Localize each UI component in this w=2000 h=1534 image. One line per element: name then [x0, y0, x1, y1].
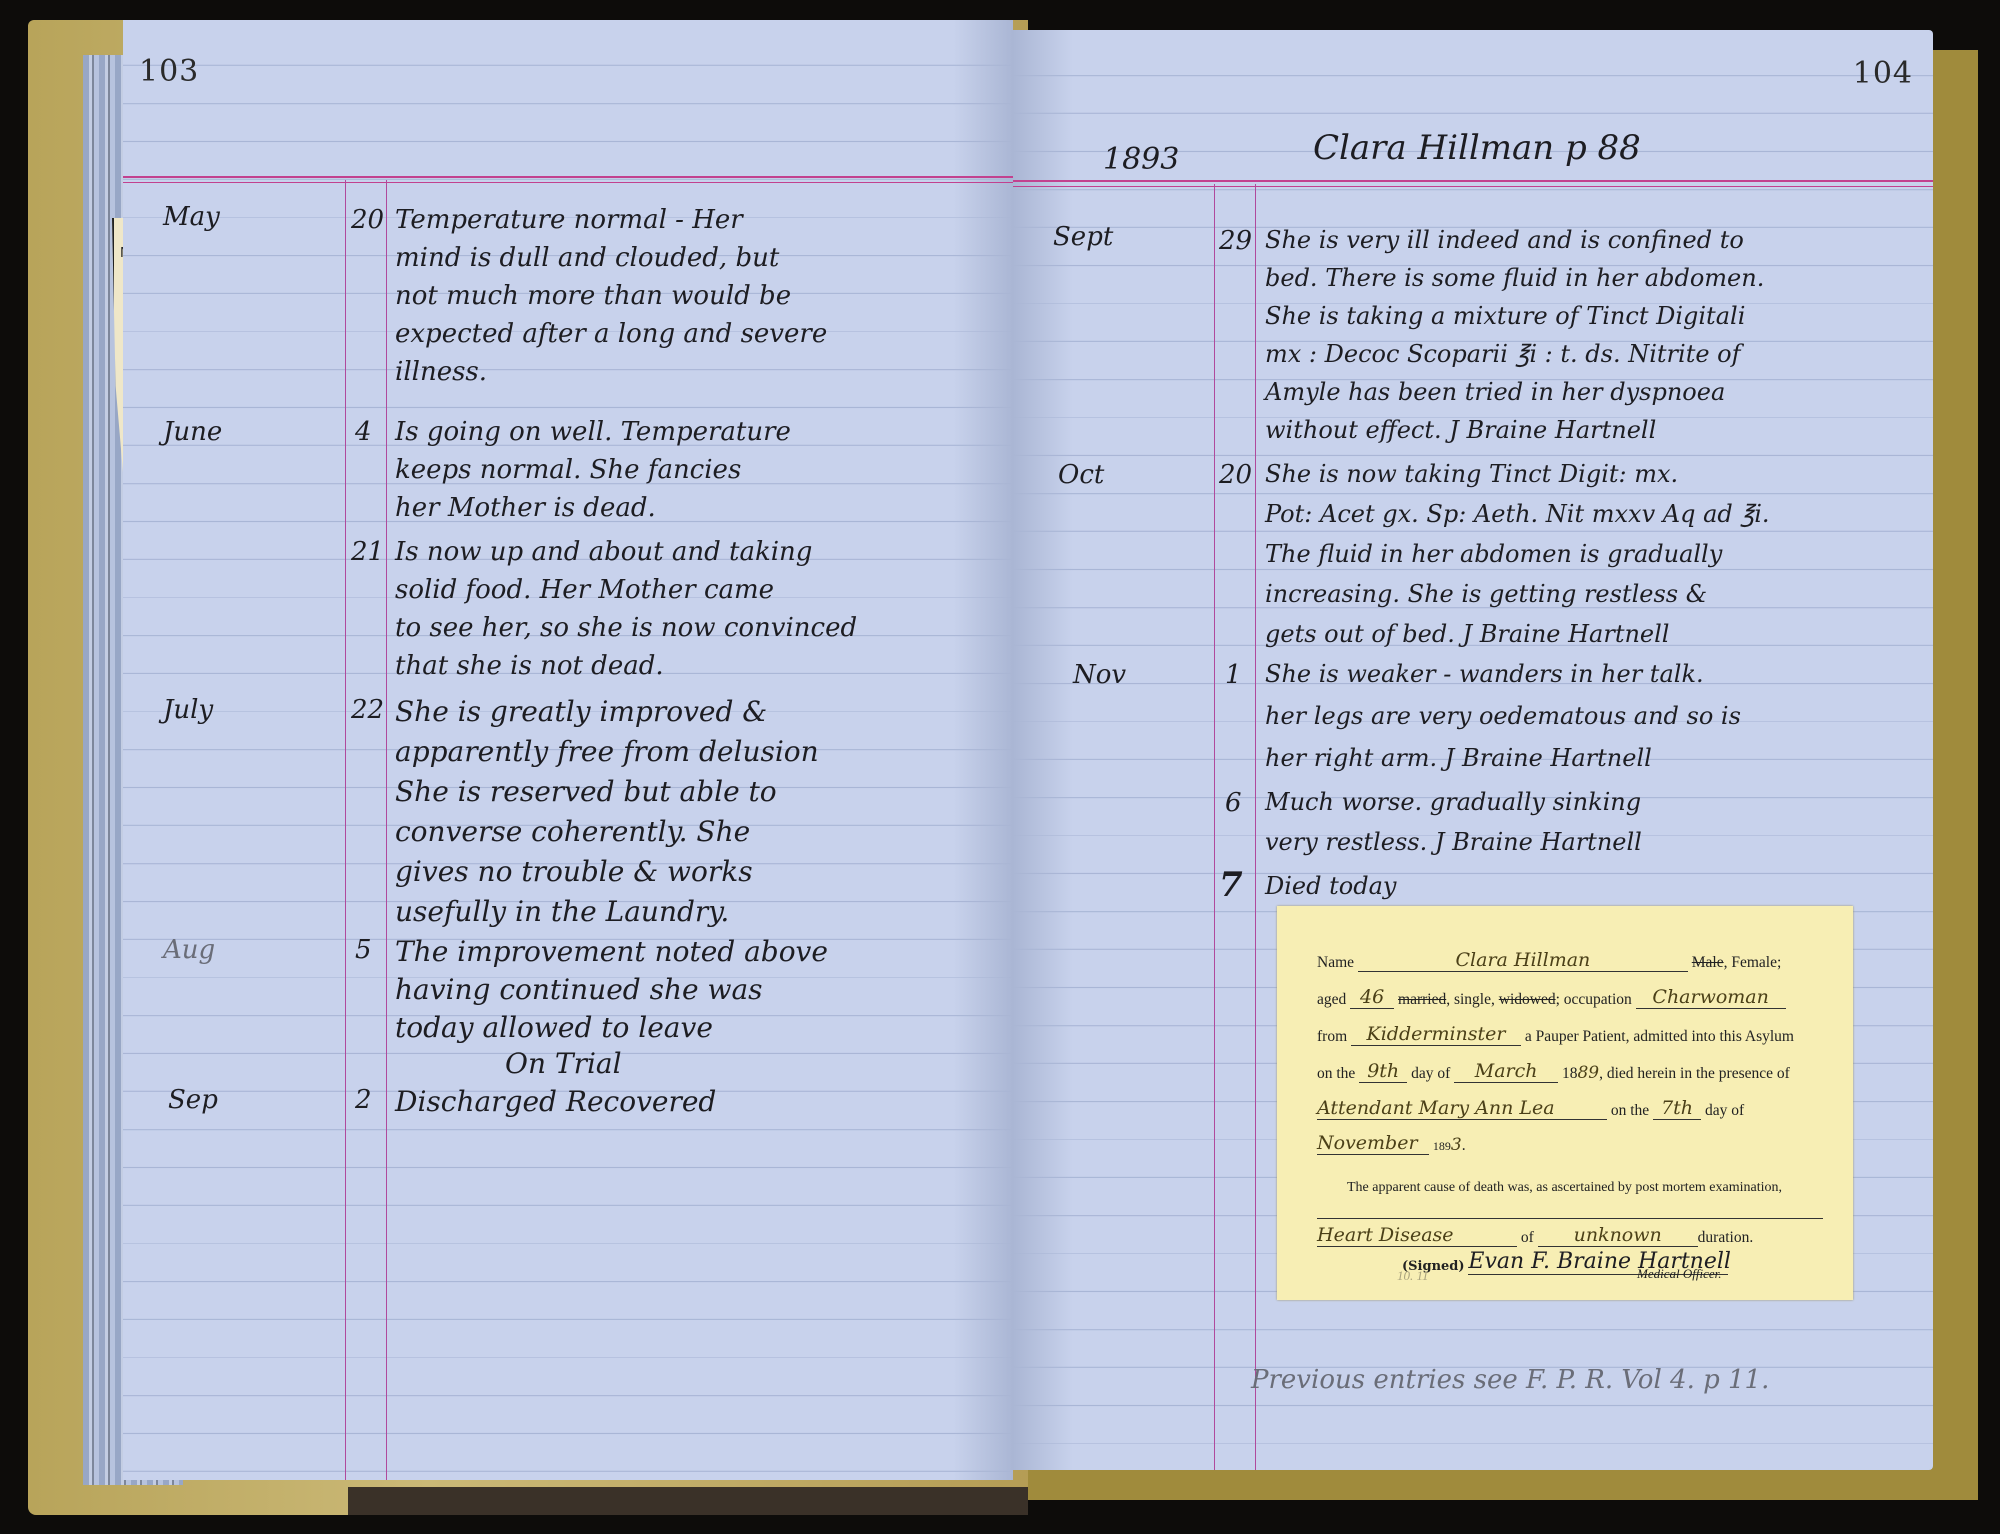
admit-month-value: March: [1454, 1060, 1558, 1083]
entry-line: having continued she was: [395, 973, 763, 1006]
entry-line: Died today: [1265, 872, 1396, 900]
entry-day: 4: [355, 417, 372, 447]
death-year-prefix: 189: [1433, 1139, 1451, 1153]
day-column-rule: [386, 180, 387, 1480]
day-of-label: day of: [1411, 1065, 1450, 1082]
entry-line: Temperature normal - Her: [395, 205, 743, 235]
entry-line: keeps normal. She fancies: [395, 455, 741, 485]
aged-label: aged: [1317, 991, 1346, 1008]
marital-value: single: [1454, 991, 1491, 1008]
admit-year-prefix: 18: [1562, 1065, 1578, 1082]
card-signature-row: (Signed) Evan F. Braine Hartnell: [1402, 1249, 1823, 1273]
card-name-row: Name Clara Hillman Male, Female;: [1317, 949, 1823, 973]
pencil-note: 10. 11: [1397, 1268, 1429, 1284]
month-column-rule: [345, 180, 346, 1480]
patient-heading: Clara Hillman p 88: [1313, 128, 1641, 168]
death-certificate-card: Name Clara Hillman Male, Female; aged 46…: [1277, 906, 1853, 1300]
marital-struck: widowed: [1499, 991, 1556, 1008]
entry-line: She is now taking Tinct Digit: mx.: [1265, 460, 1678, 488]
entry-line: mx : Decoc Scoparii ℥i : t. ds. Nitrite …: [1265, 340, 1741, 368]
entry-line: Is going on well. Temperature: [395, 417, 791, 447]
header-rule: [123, 176, 1013, 183]
admit-day-value: 9th: [1359, 1060, 1407, 1083]
entry-line: gets out of bed. J Braine Hartnell: [1265, 620, 1669, 648]
entry-line: Much worse. gradually sinking: [1265, 788, 1641, 816]
entry-line: very restless. J Braine Hartnell: [1265, 828, 1642, 856]
entry-line: her Mother is dead.: [395, 493, 656, 523]
entry-line: mind is dull and clouded, but: [395, 243, 779, 273]
entry-month: July: [163, 695, 213, 725]
died-text: , died herein in the presence of: [1599, 1065, 1790, 1082]
from-label: from: [1317, 1028, 1347, 1045]
occupation-label: ; occupation: [1556, 991, 1632, 1008]
entry-line: Discharged Recovered: [395, 1085, 716, 1118]
marital-struck: married: [1398, 991, 1446, 1008]
header-rule: [1013, 180, 1933, 187]
entry-line: She is reserved but able to: [395, 775, 777, 808]
entry-month: Aug: [163, 935, 215, 965]
entry-line: solid food. Her Mother came: [395, 575, 774, 605]
death-month-value: November: [1317, 1132, 1429, 1155]
entry-line: She is taking a mixture of Tinct Digital…: [1265, 302, 1745, 330]
day-column-rule: [1255, 184, 1256, 1470]
death-day-value: 7th: [1653, 1097, 1701, 1120]
entry-line: usefully in the Laundry.: [395, 895, 729, 928]
duration-label: duration.: [1698, 1229, 1754, 1246]
entry-line: Pot: Acet gx. Sp: Aeth. Nit mxxv Aq ad ℥…: [1265, 500, 1770, 528]
card-from-row: from Kidderminster a Pauper Patient, adm…: [1317, 1023, 1823, 1047]
gutter-shadow: [953, 20, 1013, 1480]
presence-value: Attendant Mary Ann Lea: [1317, 1097, 1607, 1120]
of-label: of: [1521, 1229, 1534, 1246]
duration-value: unknown: [1538, 1224, 1698, 1247]
entry-month: Sep: [168, 1085, 218, 1115]
page-number: 103: [139, 54, 199, 89]
entry-line: She is greatly improved &: [395, 695, 767, 728]
card-admission-row: on the 9th day of March 1889, died herei…: [1317, 1060, 1823, 1084]
entry-month: May: [163, 202, 220, 232]
death-year-value: 3: [1451, 1135, 1462, 1155]
entry-day: 5: [355, 935, 372, 965]
day-of-label: day of: [1705, 1102, 1744, 1119]
card-death-date-row: November 1893.: [1317, 1132, 1823, 1156]
sex-value: , Female;: [1724, 954, 1782, 971]
cross-reference-note: Previous entries see F. P. R. Vol 4. p 1…: [1251, 1365, 1769, 1395]
entry-month: Nov: [1073, 660, 1126, 690]
entry-line: converse coherently. She: [395, 815, 750, 848]
entry-line: She is weaker - wanders in her talk.: [1265, 660, 1704, 688]
sex-struck: Male: [1692, 954, 1724, 971]
entry-day: 22: [351, 695, 384, 725]
entry-day: 20: [1219, 460, 1252, 490]
month-column-rule: [1214, 184, 1215, 1470]
from-value: Kidderminster: [1351, 1023, 1521, 1046]
cause-intro: The apparent cause of death was, as asce…: [1347, 1180, 1823, 1204]
entry-line: She is very ill indeed and is confined t…: [1265, 226, 1744, 254]
medical-officer-label: Medical Officer.: [1637, 1266, 1721, 1282]
on-the-label: on the: [1317, 1065, 1355, 1082]
entry-line: The improvement noted above: [395, 935, 828, 968]
entry-month: Oct: [1058, 460, 1104, 490]
cover-cloth: [348, 1487, 1028, 1515]
card-presence-row: Attendant Mary Ann Lea on the 7th day of: [1317, 1097, 1823, 1121]
page-number: 104: [1853, 56, 1913, 91]
entry-line: not much more than would be: [395, 281, 791, 311]
entry-line: gives no trouble & works: [395, 855, 753, 888]
entry-line: apparently free from delusion: [395, 735, 819, 768]
entry-line: her right arm. J Braine Hartnell: [1265, 744, 1652, 772]
entry-day: 20: [351, 205, 384, 235]
cause-value: Heart Disease: [1317, 1224, 1517, 1247]
entry-day: 1: [1225, 660, 1242, 690]
entry-day: 7: [1219, 865, 1243, 905]
entry-line: to see her, so she is now convinced: [395, 613, 857, 643]
entry-line: without effect. J Braine Hartnell: [1265, 416, 1656, 444]
entry-day: 21: [351, 537, 384, 567]
occupation-value: Charwoman: [1636, 986, 1786, 1009]
entry-month: June: [163, 417, 222, 447]
on-the-label: on the: [1611, 1102, 1649, 1119]
entry-line: Is now up and about and taking: [395, 537, 812, 567]
entry-line: bed. There is some fluid in her abdomen.: [1265, 264, 1764, 292]
register-year: 1893: [1103, 142, 1179, 177]
entry-line: illness.: [395, 357, 487, 387]
entry-line: expected after a long and severe: [395, 319, 827, 349]
card-aged-row: aged 46 married, single, widowed; occupa…: [1317, 986, 1823, 1010]
name-value: Clara Hillman: [1358, 949, 1688, 972]
entry-day: 29: [1219, 226, 1252, 256]
admission-text: a Pauper Patient, admitted into this Asy…: [1525, 1028, 1794, 1045]
aged-value: 46: [1350, 986, 1394, 1009]
entry-day: 6: [1225, 788, 1242, 818]
entry-day: 2: [355, 1085, 372, 1115]
entry-line: that she is not dead.: [395, 651, 664, 681]
entry-line: The fluid in her abdomen is gradually: [1265, 540, 1722, 568]
name-label: Name: [1317, 954, 1354, 971]
entry-line: today allowed to leave: [395, 1011, 713, 1044]
entry-line: Amyle has been tried in her dyspnoea: [1265, 378, 1725, 406]
entry-line: her legs are very oedematous and so is: [1265, 702, 1741, 730]
entry-line: increasing. She is getting restless &: [1265, 580, 1707, 608]
cause-blank-line: [1317, 1218, 1823, 1219]
left-page: 103 May 20 Temperature normal - Her mind…: [123, 20, 1013, 1480]
card-cause-row: Heart Disease of unknownduration.: [1317, 1224, 1823, 1248]
entry-month: Sept: [1053, 222, 1113, 252]
entry-line: On Trial: [505, 1047, 622, 1080]
admit-year-value: 89: [1577, 1063, 1599, 1083]
